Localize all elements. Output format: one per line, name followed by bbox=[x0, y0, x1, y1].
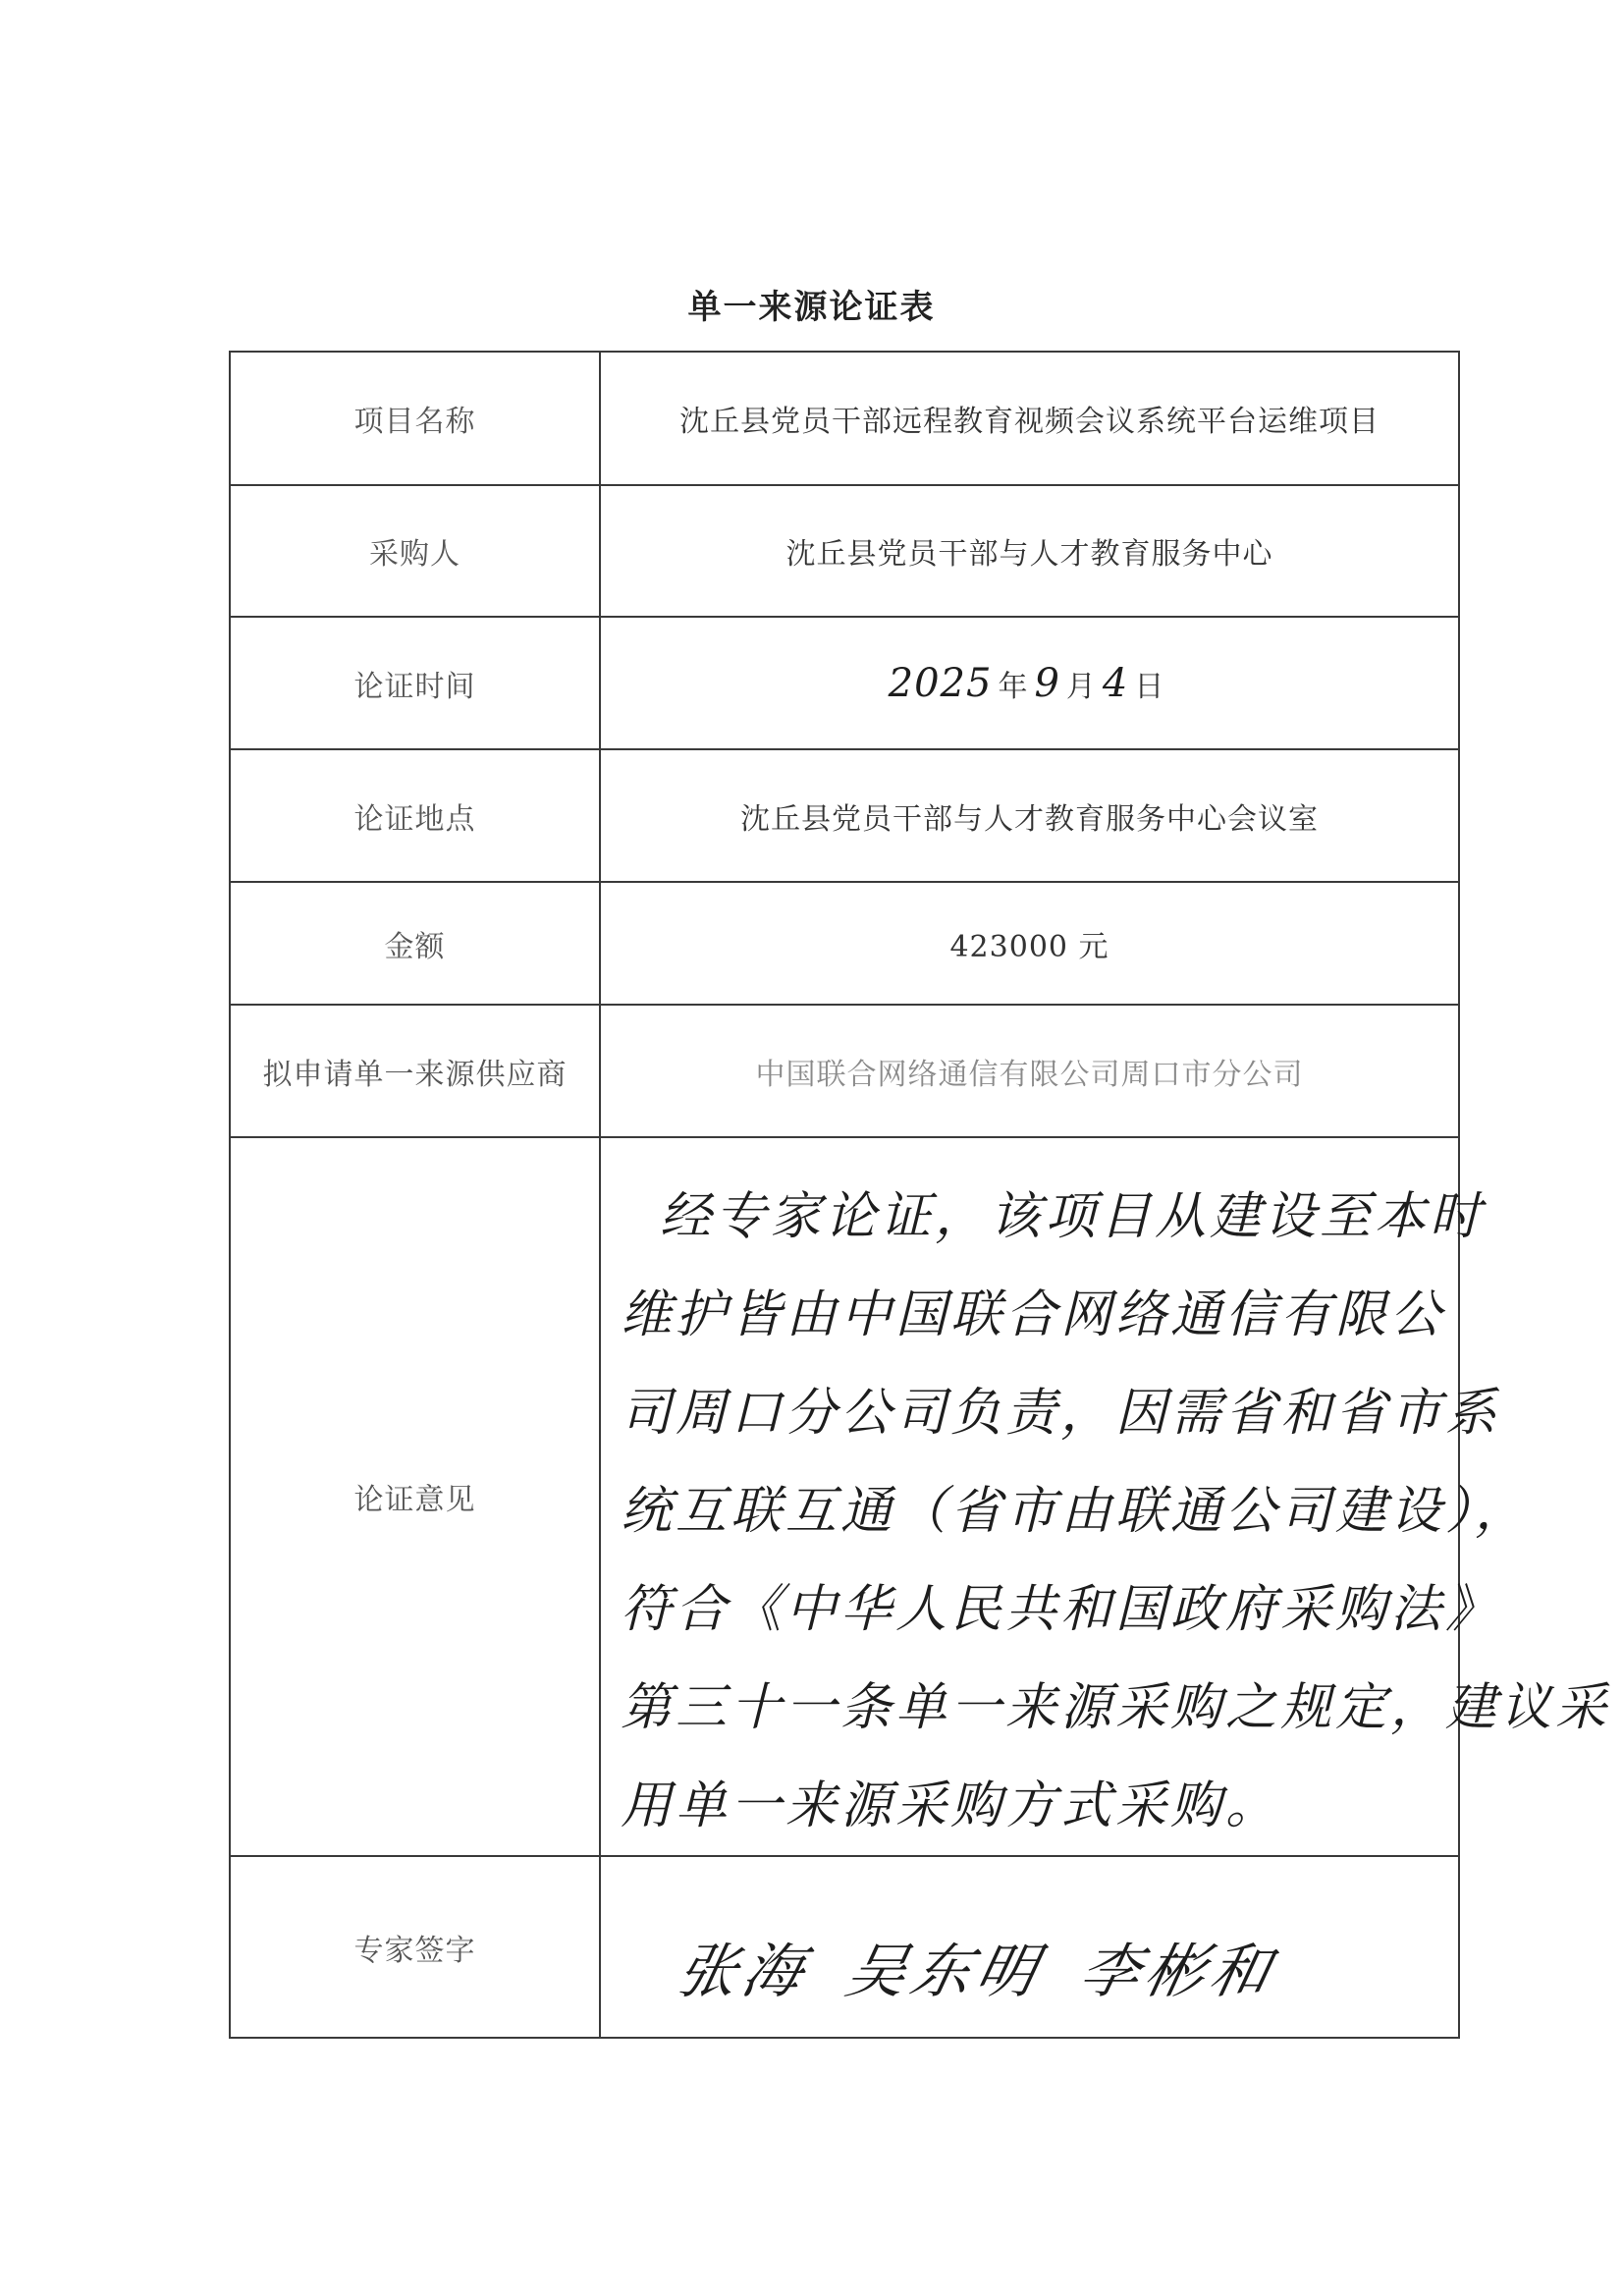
label-opinion: 论证意见 bbox=[230, 1137, 600, 1856]
opinion-line-6: 第三十一条单一来源采购之规定，建议采 bbox=[621, 1659, 1438, 1757]
value-supplier: 中国联合网络通信有限公司周口市分公司 bbox=[600, 1005, 1459, 1137]
date-year: 2025 bbox=[889, 661, 993, 706]
date-day: 4 bbox=[1103, 661, 1128, 706]
opinion-line-3: 司周口分公司负责，因需省和省市系 bbox=[621, 1364, 1438, 1462]
opinion-line-7: 用单一来源采购方式采购。 bbox=[621, 1757, 1438, 1855]
label-purchaser: 采购人 bbox=[230, 485, 600, 617]
label-location: 论证地点 bbox=[230, 749, 600, 882]
value-signatures: 张海 吴东明 李彬和 bbox=[600, 1856, 1459, 2038]
value-project-name: 沈丘县党员干部远程教育视频会议系统平台运维项目 bbox=[600, 352, 1459, 485]
expert-signatures: 张海 吴东明 李彬和 bbox=[679, 1925, 1276, 2009]
label-signatures: 专家签字 bbox=[230, 1856, 600, 2038]
date-day-unit: 日 bbox=[1134, 670, 1164, 704]
label-amount: 金额 bbox=[230, 882, 600, 1005]
label-supplier: 拟申请单一来源供应商 bbox=[230, 1005, 600, 1137]
signature-3: 李彬和 bbox=[1073, 1925, 1285, 2009]
row-location: 论证地点 沈丘县党员干部与人才教育服务中心会议室 bbox=[230, 749, 1459, 882]
label-date: 论证时间 bbox=[230, 617, 600, 749]
value-location: 沈丘县党员干部与人才教育服务中心会议室 bbox=[600, 749, 1459, 882]
row-opinion: 论证意见 经专家论证，该项目从建设至本时 维护皆由中国联合网络通信有限公 司周口… bbox=[230, 1137, 1459, 1856]
row-project-name: 项目名称 沈丘县党员干部远程教育视频会议系统平台运维项目 bbox=[230, 352, 1459, 485]
row-amount: 金额 423000 元 bbox=[230, 882, 1459, 1005]
signature-2: 吴东明 bbox=[839, 1925, 1052, 2009]
label-project-name: 项目名称 bbox=[230, 352, 600, 485]
opinion-line-5: 符合《中华人民共和国政府采购法》 bbox=[621, 1560, 1438, 1659]
value-date: 2025年9月4日 bbox=[600, 617, 1459, 749]
value-opinion: 经专家论证，该项目从建设至本时 维护皆由中国联合网络通信有限公 司周口分公司负责… bbox=[600, 1137, 1459, 1856]
single-source-form-table: 项目名称 沈丘县党员干部远程教育视频会议系统平台运维项目 采购人 沈丘县党员干部… bbox=[229, 351, 1460, 2039]
opinion-line-2: 维护皆由中国联合网络通信有限公 bbox=[621, 1266, 1438, 1364]
opinion-line-1: 经专家论证，该项目从建设至本时 bbox=[621, 1168, 1438, 1266]
signature-1: 张海 bbox=[671, 1925, 818, 2009]
opinion-line-4: 统互联互通（省市由联通公司建设）， bbox=[621, 1462, 1438, 1560]
value-amount: 423000 元 bbox=[600, 882, 1459, 1005]
row-signatures: 专家签字 张海 吴东明 李彬和 bbox=[230, 1856, 1459, 2038]
row-date: 论证时间 2025年9月4日 bbox=[230, 617, 1459, 749]
date-year-unit: 年 bbox=[998, 670, 1028, 704]
document-title: 单一来源论证表 bbox=[0, 280, 1623, 328]
handwritten-date: 2025年9月4日 bbox=[889, 661, 1171, 706]
row-purchaser: 采购人 沈丘县党员干部与人才教育服务中心 bbox=[230, 485, 1459, 617]
row-supplier: 拟申请单一来源供应商 中国联合网络通信有限公司周口市分公司 bbox=[230, 1005, 1459, 1137]
date-month-unit: 月 bbox=[1066, 670, 1097, 704]
value-purchaser: 沈丘县党员干部与人才教育服务中心 bbox=[600, 485, 1459, 617]
date-month: 9 bbox=[1034, 661, 1059, 706]
